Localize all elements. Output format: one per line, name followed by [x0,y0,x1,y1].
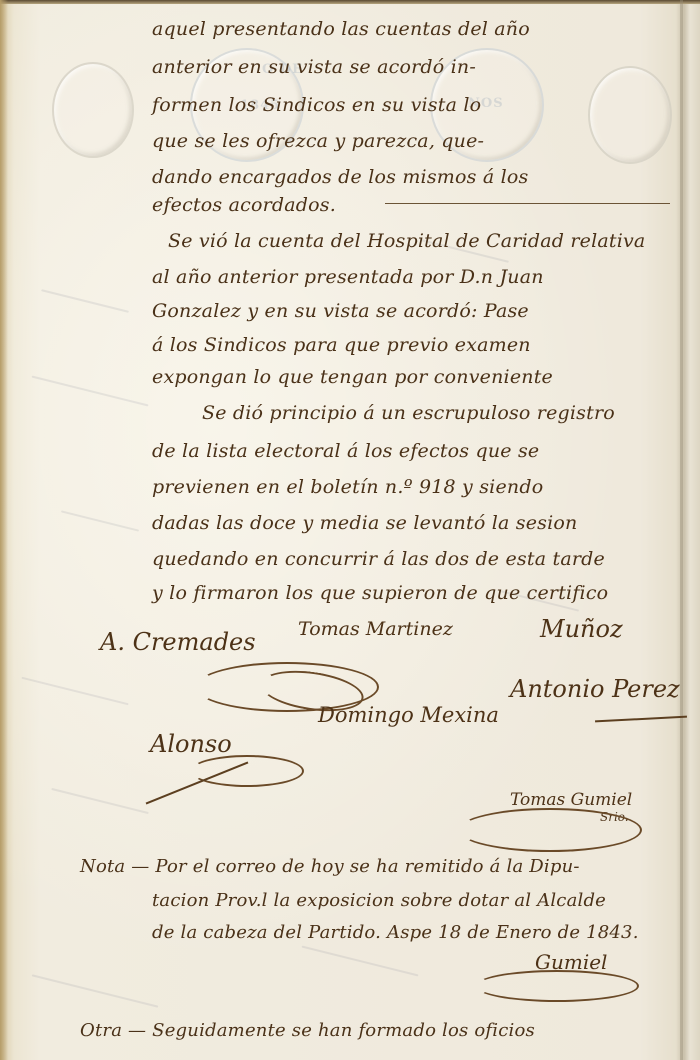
text-line: expongan lo que tengan por conveniente [152,366,553,388]
signature-alonso: Alonso [150,730,232,758]
note-line: de la cabeza del Partido. Aspe 18 de Ene… [152,922,639,943]
signature-mexina: Domingo Mexina [318,703,499,727]
text-line: á los Sindicos para que previo examen [152,334,531,356]
text-line: efectos acordados. [152,194,336,216]
embossed-seal-left [52,62,134,158]
text-line: aquel presentando las cuentas del año [152,18,530,40]
signature-flourish [458,808,642,852]
bleed-through-stroke [302,946,419,977]
bleed-through-stroke [51,788,149,814]
text-line: dadas las doce y media se levantó la ses… [152,512,577,534]
text-line: Se vió la cuenta del Hospital de Caridad… [168,230,645,252]
page-top-edge [0,0,700,4]
page-fold-line [680,0,683,1060]
signature-cremades: A. Cremades [100,628,256,656]
bleed-through-stroke [61,510,139,531]
text-line: formen los Sindicos en su vista lo [152,94,481,116]
line-filler-rule [385,203,670,204]
final-entry-line: Otra — Seguidamente se han formado los o… [80,1020,535,1041]
text-line: que se les ofrezca y parezca, que- [152,130,484,152]
text-line: al año anterior presentada por D.n Juan [152,266,544,288]
bleed-through-stroke [21,677,128,706]
manuscript-page: O DE 1845 NOS aquel presentando las cuen… [0,0,700,1060]
signature-munoz: Muñoz [540,615,623,643]
signature-perez: Antonio Perez [510,675,680,703]
text-line: dando encargados de los mismos á los [152,166,528,188]
text-line: y lo firmaron los que supieron de que ce… [152,582,608,604]
bleed-through-stroke [32,974,159,1007]
text-line: Gonzalez y en su vista se acordó: Pase [152,300,529,322]
signature-flourish [190,755,304,787]
text-line: Se dió principio á un escrupuloso regist… [202,402,615,424]
page-binding-edge [0,0,8,1060]
text-line: quedando en concurrir á las dos de esta … [152,548,605,570]
note-line: Nota — Por el correo de hoy se ha remiti… [80,856,580,877]
note-line: tacion Prov.l la exposicion sobre dotar … [152,890,606,911]
text-line: anterior en su vista se acordó in- [152,56,476,78]
signature-martinez: Tomas Martinez [298,618,453,640]
signature-gumiel-secretary: Tomas Gumiel [510,790,632,810]
bleed-through-stroke [32,376,149,407]
text-line: previenen en el boletín n.º 918 y siendo [152,476,543,498]
signature-underline [595,716,687,723]
embossed-seal-right [588,66,672,164]
text-line: de la lista electoral á los efectos que … [152,440,539,462]
signature-flourish [475,970,639,1002]
bleed-through-stroke [41,289,129,313]
